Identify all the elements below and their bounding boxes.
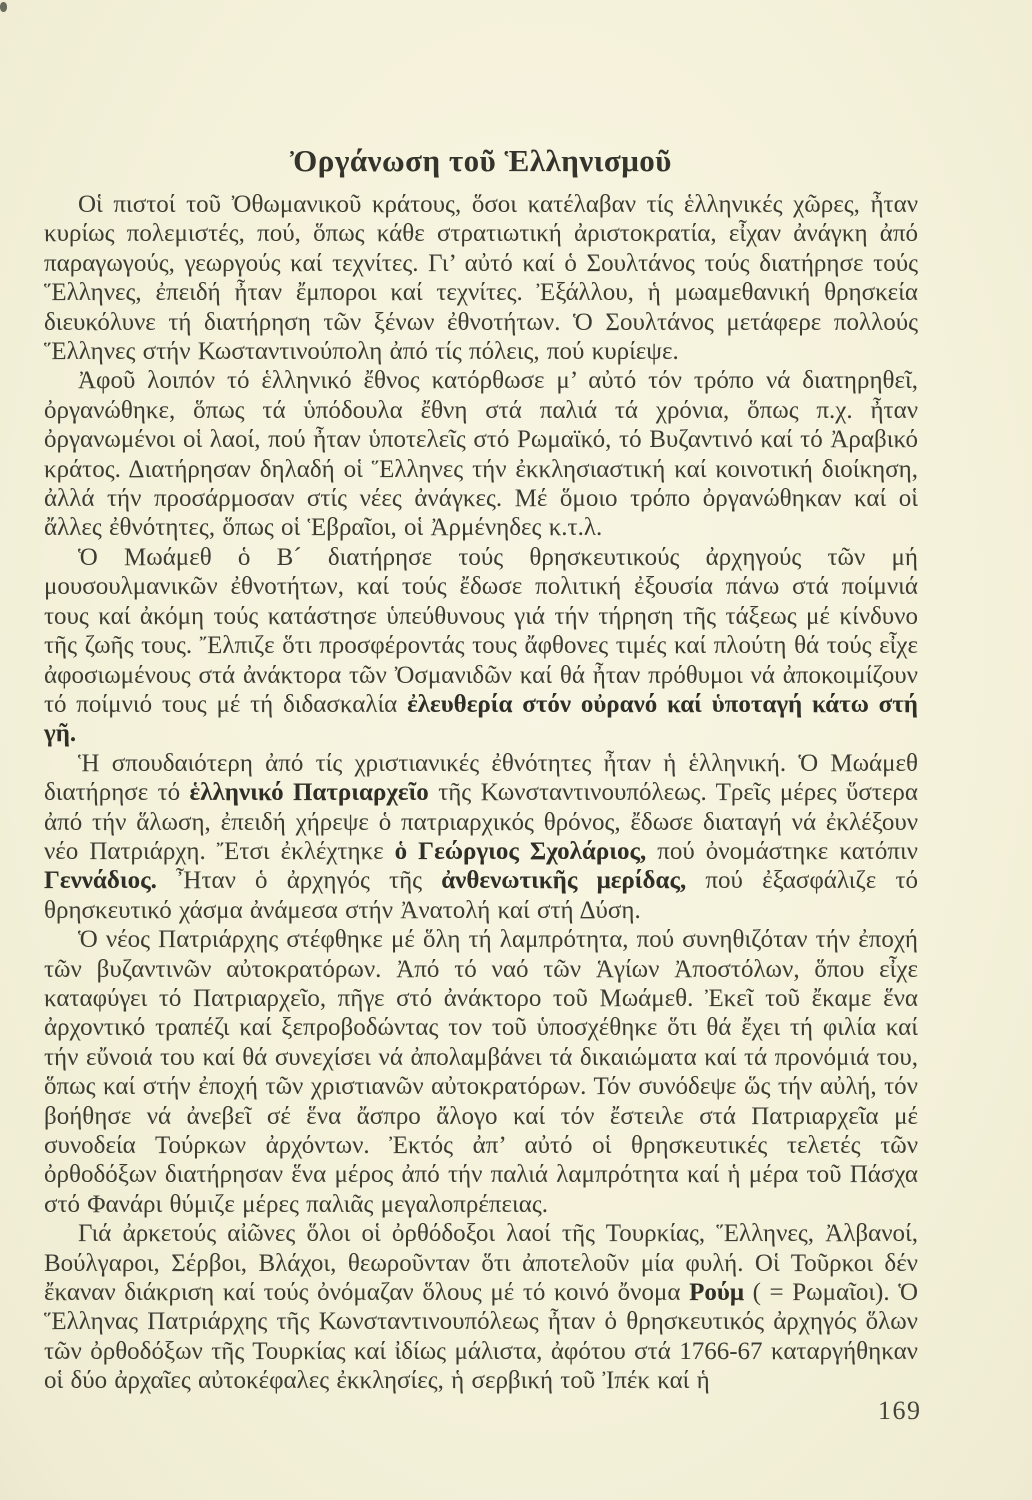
text-segment: Ὁ νέος Πατριάρχης στέφθηκε μέ ὅλη τή λαμ… bbox=[44, 926, 918, 1218]
text-segment-bold: ἑλληνικό Πατριαρχεῖο bbox=[190, 779, 429, 806]
paragraph: Οἱ πιστοί τοῦ Ὀθωμανικοῦ κράτους, ὅσοι κ… bbox=[44, 190, 918, 366]
paragraph: Ἡ σπουδαιότερη ἀπό τίς χριστιανικές ἐθνό… bbox=[44, 749, 918, 925]
page-number: 169 bbox=[878, 1396, 922, 1426]
text-segment-bold: Ρούμ bbox=[689, 1279, 744, 1306]
paragraph: Ἀφοῦ λοιπόν τό ἑλληνικό ἔθνος κατόρθωσε … bbox=[44, 366, 918, 542]
paragraph: Ὁ Μωάμεθ ὁ Β´ διατήρησε τούς θρησκευτικο… bbox=[44, 543, 918, 749]
text-segment: πού ὀνομάστηκε κατόπιν bbox=[646, 838, 918, 865]
text-segment: Οἱ πιστοί τοῦ Ὀθωμανικοῦ κράτους, ὅσοι κ… bbox=[44, 191, 918, 365]
book-page: Ὀργάνωση τοῦ Ἑλληνισμοῦ Οἱ πιστοί τοῦ Ὀθ… bbox=[0, 0, 1032, 1500]
text-segment: Ἀφοῦ λοιπόν τό ἑλληνικό ἔθνος κατόρθωσε … bbox=[44, 367, 918, 541]
text-segment-bold: ὁ Γεώργιος Σχολάριος, bbox=[395, 838, 647, 865]
scan-artifact bbox=[0, 2, 7, 12]
paragraph: Γιά ἀρκετούς αἰῶνες ὅλοι οἱ ὀρθόδοξοι λα… bbox=[44, 1219, 918, 1395]
paragraph: Ὁ νέος Πατριάρχης στέφθηκε μέ ὅλη τή λαμ… bbox=[44, 925, 918, 1219]
page-title: Ὀργάνωση τοῦ Ἑλληνισμοῦ bbox=[44, 143, 918, 179]
text-segment-bold: ἀνθενωτικῆς μερίδας, bbox=[441, 867, 686, 894]
text-segment: Ἦταν ὁ ἀρχηγός τῆς bbox=[157, 867, 441, 894]
text-segment-bold: Γεννάδιος. bbox=[44, 867, 157, 894]
body-text: Οἱ πιστοί τοῦ Ὀθωμανικοῦ κράτους, ὅσοι κ… bbox=[44, 190, 918, 1396]
